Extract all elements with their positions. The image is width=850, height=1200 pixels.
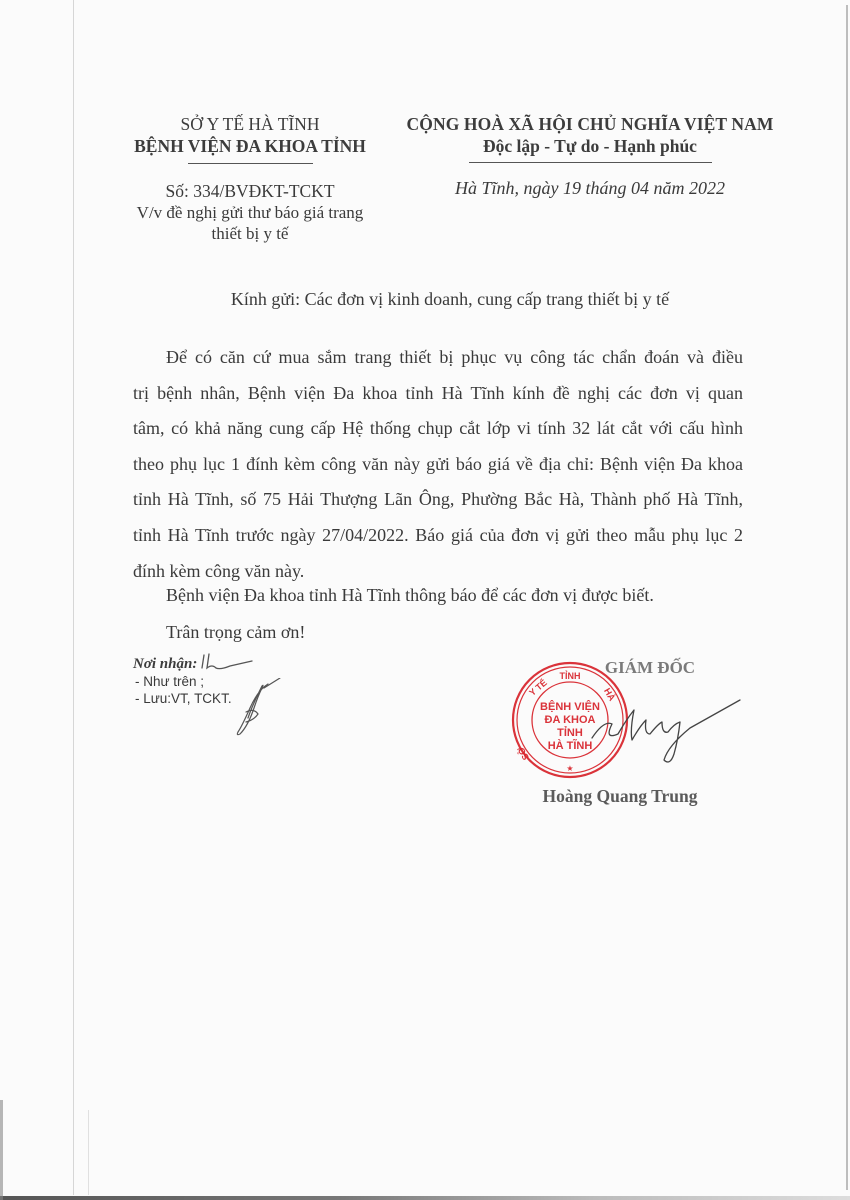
organization-name: BỆNH VIỆN ĐA KHOA TỈNH: [100, 135, 400, 157]
stamp-ring-left: Y TẾ: [527, 677, 549, 697]
svg-text:★: ★: [566, 764, 573, 773]
header-divider: [188, 163, 313, 164]
scan-artifact-left: [73, 0, 74, 1195]
agency-name: SỞ Y TẾ HÀ TĨNH: [100, 113, 400, 135]
national-motto: Độc lập - Tự do - Hạnh phúc: [380, 135, 800, 157]
salutation: Kính gửi: Các đơn vị kinh doanh, cung cấ…: [150, 287, 750, 311]
subject-line-1: V/v đề nghị gửi thư báo giá trang: [100, 202, 400, 223]
motto-divider: [469, 162, 712, 163]
national-header: CỘNG HOÀ XÃ HỘI CHỦ NGHĨA VIỆT NAM Độc l…: [380, 113, 800, 199]
stamp-ring-top: TỈNH: [560, 670, 581, 681]
scan-artifact-bottom: [0, 1196, 850, 1200]
body-line: tỉnh Hà Tĩnh trước ngày 27/04/2022. Báo …: [133, 518, 743, 554]
scan-artifact-right: [846, 5, 848, 1190]
stamp-center-line: ĐA KHOA: [545, 714, 596, 726]
place-date: Hà Tĩnh, ngày 19 tháng 04 năm 2022: [380, 177, 800, 199]
body-paragraph-1: Để có căn cứ mua sắm trang thiết bị phục…: [133, 340, 743, 589]
issuer-header: SỞ Y TẾ HÀ TĨNH BỆNH VIỆN ĐA KHOA TỈNH S…: [100, 113, 400, 244]
body-line: tỉnh Hà Tĩnh, số 75 Hải Thượng Lãn Ông, …: [133, 482, 743, 518]
subject-line-2: thiết bị y tế: [100, 223, 400, 244]
document-number: Số: 334/BVĐKT-TCKT: [100, 180, 400, 202]
body-paragraph-2: Bệnh viện Đa khoa tỉnh Hà Tĩnh thông báo…: [166, 583, 654, 607]
body-line: Để có căn cứ mua sắm trang thiết bị phục…: [133, 340, 743, 376]
body-line: theo phụ lục 1 đính kèm công văn này gửi…: [133, 447, 743, 483]
closing-line: Trân trọng cảm ơn!: [166, 620, 305, 644]
scan-artifact-left-2: [88, 1110, 89, 1195]
stamp-center-line: TỈNH: [557, 726, 583, 739]
handwritten-initial-icon: [200, 652, 260, 674]
scan-artifact-left-bar: [0, 1100, 3, 1200]
body-line: tâm, có khả năng cung cấp Hệ thống chụp …: [133, 411, 743, 447]
signatory-name: Hoàng Quang Trung: [505, 786, 735, 807]
body-line: trị bệnh nhân, Bệnh viện Đa khoa tỉnh Hà…: [133, 376, 743, 412]
stamp-center-line: HÀ TĨNH: [548, 739, 593, 752]
nation-title: CỘNG HOÀ XÃ HỘI CHỦ NGHĨA VIỆT NAM: [380, 113, 800, 135]
handwritten-initial-icon: [228, 678, 283, 738]
handwritten-signature-icon: [590, 690, 750, 780]
